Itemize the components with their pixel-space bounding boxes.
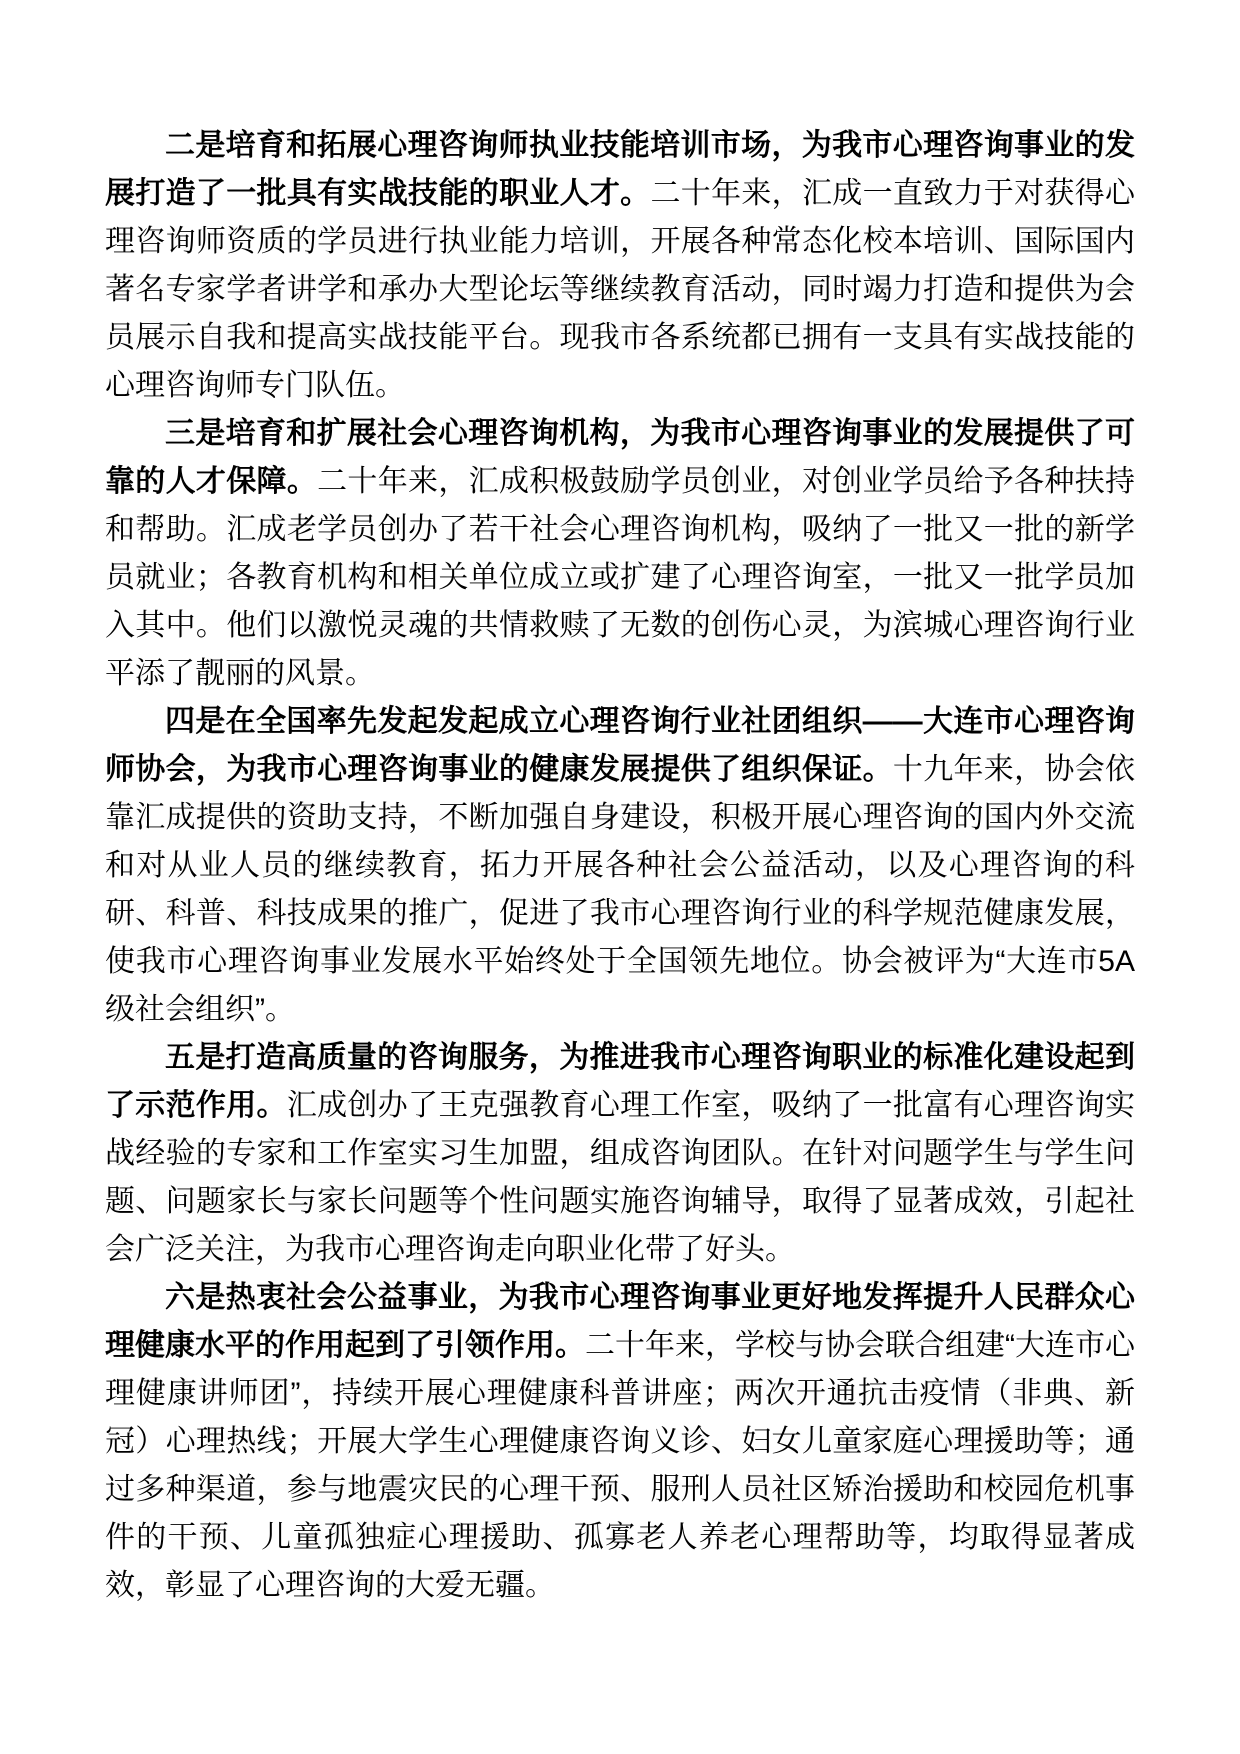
paragraph-3-social-agencies: 三是培育和扩展社会心理咨询机构，为我市心理咨询事业的发展提供了可靠的人才保障。二… — [105, 410, 1135, 698]
paragraph-4-body: 十九年来，协会依靠汇成提供的资助支持，不断加强自身建设，积极开展心理咨询的国内外… — [105, 753, 1135, 1026]
paragraph-2-market-training: 二是培育和拓展心理咨询师执业技能培训市场，为我市心理咨询事业的发展打造了一批具有… — [105, 122, 1135, 410]
paragraph-6-body: 二十年来，学校与协会联合组建“大连市心理健康讲师团”，持续开展心理健康科普讲座；… — [105, 1329, 1135, 1602]
paragraph-5-quality-service: 五是打造高质量的咨询服务，为推进我市心理咨询职业的标准化建设起到了示范作用。汇成… — [105, 1034, 1135, 1274]
document-page: 二是培育和拓展心理咨询师执业技能培训市场，为我市心理咨询事业的发展打造了一批具有… — [0, 0, 1240, 1754]
paragraph-6-public-welfare: 六是热衷社会公益事业，为我市心理咨询事业更好地发挥提升人民群众心理健康水平的作用… — [105, 1274, 1135, 1610]
paragraph-2-body: 二十年来，汇成一直致力于对获得心理咨询师资质的学员进行执业能力培训，开展各种常态… — [105, 177, 1135, 402]
paragraph-4-association: 四是在全国率先发起发起成立心理咨询行业社团组织——大连市心理咨询师协会，为我市心… — [105, 698, 1135, 1034]
paragraph-3-body: 二十年来，汇成积极鼓励学员创业，对创业学员给予各种扶持和帮助。汇成老学员创办了若… — [105, 465, 1135, 690]
